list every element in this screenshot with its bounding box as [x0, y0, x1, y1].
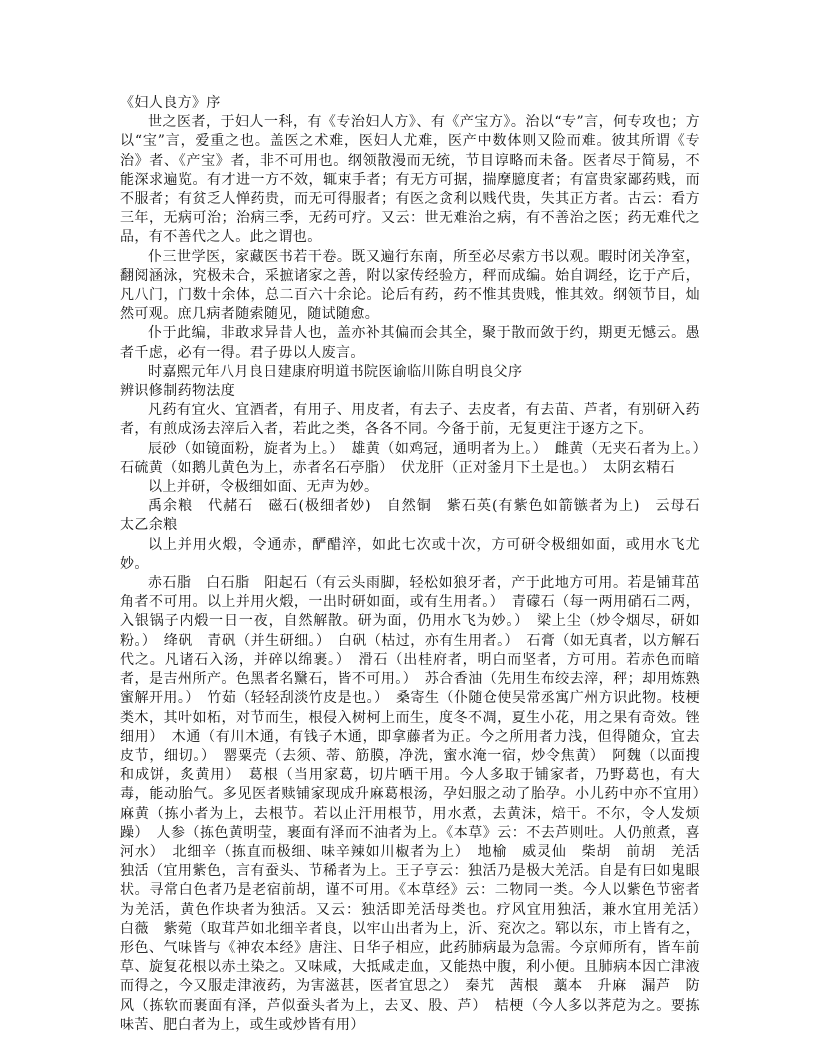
section-paragraph: 辰砂（如镜面粉，旋者为上。） 雄黄（如鸡冠，通明者为上。） 雌黄（无夹石者为上。…	[120, 440, 700, 478]
section-paragraph: 以上并研，令极细如面、无声为妙。	[120, 478, 700, 497]
preface-signature: 时嘉熙元年八月良日建康府明道书院医谕临川陈自明良父序	[120, 363, 700, 382]
preface-paragraph: 世之医者，于妇人一科，有《专治妇人方》、有《产宝方》。治以“专”言，何专攻也；方…	[120, 113, 700, 247]
preface-paragraph: 仆三世学医，家藏医书若干卷。既又遍行东南，所至必尽索方书以观。暇时闭关净室，翻阅…	[120, 248, 700, 325]
section-title: 辨识修制药物法度	[120, 382, 700, 401]
preface-title: 《妇人良方》序	[120, 94, 700, 113]
document-page: 《妇人良方》序 世之医者，于妇人一科，有《专治妇人方》、有《产宝方》。治以“专”…	[120, 94, 700, 1035]
section-paragraph: 凡药有宜火、宜酒者，有用子、用皮者，有去子、去皮者，有去苗、芦者，有别研入药者，…	[120, 401, 700, 439]
section-paragraph: 以上并用火煅，令通赤，酽醋淬，如此七次或十次，方可研令极细如面，或用水飞尤妙。	[120, 536, 700, 574]
preface-paragraph: 仆于此编，非敢求异昔人也，盖亦补其偏而会其全，聚于散而敛于约，期更无憾云。愚者千…	[120, 324, 700, 362]
section-paragraph: 禹余粮 代赭石 磁石(极细者妙) 自然铜 紫石英(有紫色如箭镞者为上) 云母石 …	[120, 497, 700, 535]
section-paragraph: 赤石脂 白石脂 阳起石（有云头雨脚，轻松如狼牙者，产于此地方可用。若是铺茸茁角者…	[120, 574, 700, 1035]
